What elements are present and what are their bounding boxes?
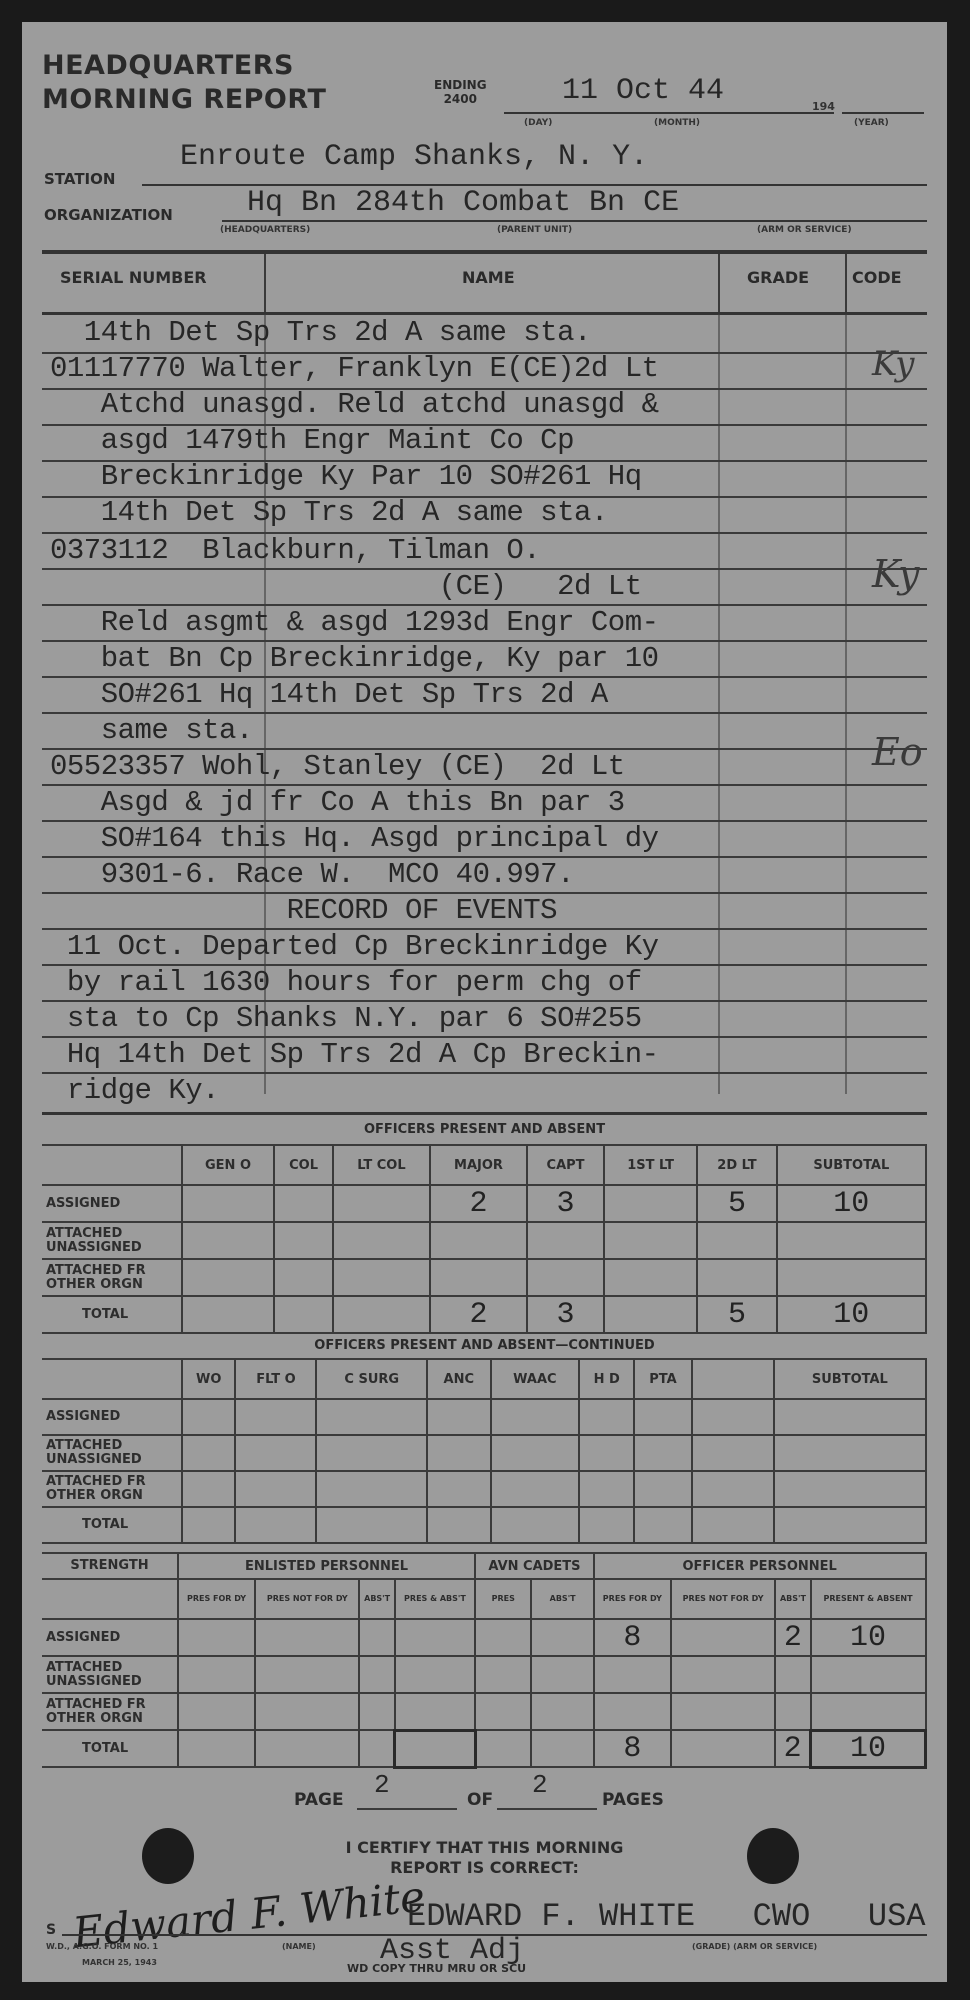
- cell: [671, 1730, 775, 1767]
- row-label-assigned: ASSIGNED: [42, 1619, 178, 1656]
- officers-section-title: OFFICERS PRESENT AND ABSENT: [42, 1122, 927, 1137]
- signature-prefix: S: [46, 1922, 56, 1938]
- officers-continued-table: WO FLT O C SURG ANC WAAC H D PTA SUBTOTA…: [42, 1358, 927, 1544]
- cell-subtotal-total: 10: [777, 1296, 926, 1333]
- entry-line: by rail 1630 hours for perm chg of: [50, 966, 642, 999]
- copy-note: WD COPY THRU MRU OR SCU: [347, 1962, 526, 1975]
- col-off-pres-for-dy: PRES FOR DY: [594, 1579, 671, 1619]
- cell: [604, 1185, 698, 1222]
- cell-off-pres-for-dy-assigned: 8: [594, 1619, 671, 1656]
- officers-table: GEN O COL LT COL MAJOR CAPT 1ST LT 2D LT…: [42, 1144, 927, 1334]
- col-header-code: CODE: [852, 268, 902, 287]
- col-wo: WO: [182, 1359, 235, 1399]
- entry-line: (CE) 2d Lt: [50, 570, 642, 603]
- form-date: MARCH 25, 1943: [82, 1958, 157, 1967]
- col-abst: ABS'T: [359, 1579, 394, 1619]
- code-wohl: Eo: [872, 730, 923, 774]
- ending-label: ENDING 2400: [434, 78, 487, 106]
- group-enlisted: ENLISTED PERSONNEL: [178, 1553, 475, 1579]
- entry-line: asgd 1479th Engr Maint Co Cp: [50, 424, 574, 457]
- row-label-attached-unassigned: ATTACHED UNASSIGNED: [42, 1435, 182, 1471]
- title-headquarters: HEADQUARTERS: [42, 50, 294, 81]
- cell-off-present-absent-total: 10: [811, 1730, 926, 1767]
- of-label: OF: [467, 1790, 493, 1810]
- ending-label-2: 2400: [434, 92, 487, 106]
- col-off-present-absent: PRESENT & ABSENT: [811, 1579, 926, 1619]
- col-lt-col: LT COL: [333, 1145, 430, 1185]
- col-flt-o: FLT O: [235, 1359, 316, 1399]
- col-blank: [692, 1359, 774, 1399]
- col-gen-o: GEN O: [182, 1145, 274, 1185]
- organization-label: ORGANIZATION: [44, 206, 173, 224]
- col-cadet-abst: ABS'T: [531, 1579, 593, 1619]
- officers-continued-title: OFFICERS PRESENT AND ABSENT—CONTINUED: [42, 1338, 927, 1353]
- cap-headquarters: (HEADQUARTERS): [220, 225, 310, 235]
- morning-report-document: HEADQUARTERS MORNING REPORT ENDING 2400 …: [22, 22, 947, 1982]
- col-pta: PTA: [634, 1359, 692, 1399]
- code-walter: Ky: [872, 344, 914, 384]
- entry-line: 9301-6. Race W. MCO 40.997.: [50, 858, 574, 891]
- cell-subtotal-assigned: 10: [777, 1185, 926, 1222]
- cap-grade-arm: (GRADE) (ARM OR SERVICE): [692, 1942, 817, 1951]
- cap-arm-service: (ARM OR SERVICE): [757, 225, 852, 235]
- col-col: COL: [274, 1145, 333, 1185]
- row-label-attached-other: ATTACHED FR OTHER ORGN: [42, 1693, 178, 1730]
- cell: [274, 1185, 333, 1222]
- col-off-abst: ABS'T: [775, 1579, 810, 1619]
- organization-value: Hq Bn 284th Combat Bn CE: [247, 186, 679, 220]
- cell: [274, 1296, 333, 1333]
- year-prefix: 194: [812, 100, 835, 113]
- col-1st-lt: 1ST LT: [604, 1145, 698, 1185]
- col-pres-not-for-dy: PRES NOT FOR DY: [255, 1579, 359, 1619]
- row-label-total: TOTAL: [42, 1730, 178, 1767]
- entry-line: Hq 14th Det Sp Trs 2d A Cp Breckin-: [50, 1038, 659, 1071]
- day-caption: (DAY): [524, 118, 552, 128]
- col-2d-lt: 2D LT: [697, 1145, 776, 1185]
- cell-major-assigned: 2: [430, 1185, 528, 1222]
- page-total: 2: [532, 1770, 548, 1800]
- col-subtotal: SUBTOTAL: [777, 1145, 926, 1185]
- entry-line: Reld asgmt & asgd 1293d Engr Com-: [50, 606, 659, 639]
- entry-line: same sta.: [50, 714, 253, 747]
- page-number: 2: [374, 1770, 390, 1800]
- cap-parent-unit: (PARENT UNIT): [497, 225, 572, 235]
- group-officer-personnel: OFFICER PERSONNEL: [594, 1553, 926, 1579]
- col-subtotal: SUBTOTAL: [774, 1359, 926, 1399]
- row-label-attached-other: ATTACHED FR OTHER ORGN: [42, 1471, 182, 1507]
- col-major: MAJOR: [430, 1145, 528, 1185]
- row-label-assigned: ASSIGNED: [42, 1185, 182, 1222]
- col-header-grade: GRADE: [747, 268, 809, 287]
- row-label-assigned: ASSIGNED: [42, 1399, 182, 1435]
- row-label-total: TOTAL: [42, 1296, 182, 1333]
- cell: [182, 1185, 274, 1222]
- entry-line: 14th Det Sp Trs 2d A same sta.: [50, 496, 608, 529]
- entry-line: sta to Cp Shanks N.Y. par 6 SO#255: [50, 1002, 642, 1035]
- code-blackburn: Ky: [872, 552, 919, 596]
- entry-line: SO#164 this Hq. Asgd principal dy: [50, 822, 659, 855]
- entry-line: SO#261 Hq 14th Det Sp Trs 2d A: [50, 678, 608, 711]
- entry-line: 0373112 Blackburn, Tilman O.: [50, 534, 540, 567]
- row-label-attached-unassigned: ATTACHED UNASSIGNED: [42, 1222, 182, 1259]
- col-cadet-pres: PRES: [475, 1579, 531, 1619]
- col-off-pres-not-for-dy: PRES NOT FOR DY: [671, 1579, 775, 1619]
- cell-off-abst-assigned: 2: [775, 1619, 810, 1656]
- col-header-serial: SERIAL NUMBER: [60, 268, 207, 287]
- report-date: 11 Oct 44: [562, 74, 724, 108]
- entry-line: 01117770 Walter, Franklyn E(CE)2d Lt: [50, 352, 659, 385]
- col-pres-for-dy: PRES FOR DY: [178, 1579, 255, 1619]
- cell: [671, 1619, 775, 1656]
- cell-major-total: 2: [430, 1296, 528, 1333]
- strength-label: STRENGTH: [42, 1553, 178, 1579]
- entry-line: 14th Det Sp Trs 2d A same sta.: [50, 316, 591, 349]
- row-label-attached-unassigned: ATTACHED UNASSIGNED: [42, 1656, 178, 1693]
- page-label: PAGE: [294, 1790, 344, 1810]
- cell-off-pres-for-dy-total: 8: [594, 1730, 671, 1767]
- row-label-attached-other: ATTACHED FR OTHER ORGN: [42, 1259, 182, 1296]
- title-morning-report: MORNING REPORT: [42, 84, 326, 115]
- entry-line: Atchd unasgd. Reld atchd unasgd &: [50, 388, 659, 421]
- month-caption: (MONTH): [654, 118, 700, 128]
- cell-off-present-absent-assigned: 10: [811, 1619, 926, 1656]
- col-c-surg: C SURG: [316, 1359, 427, 1399]
- row-label-total: TOTAL: [42, 1507, 182, 1543]
- col-capt: CAPT: [527, 1145, 604, 1185]
- year-caption: (YEAR): [854, 118, 889, 128]
- cell: [333, 1185, 430, 1222]
- cell-2d-lt-assigned: 5: [697, 1185, 776, 1222]
- col-header-name: NAME: [462, 268, 515, 287]
- form-id: W.D., A.G.O. FORM NO. 1: [46, 1942, 158, 1951]
- ending-label-1: ENDING: [434, 78, 487, 92]
- entry-line: 11 Oct. Departed Cp Breckinridge Ky: [50, 930, 659, 963]
- cell: [182, 1296, 274, 1333]
- entry-line: ridge Ky.: [50, 1074, 219, 1107]
- col-pres-abst: PRES & ABS'T: [395, 1579, 475, 1619]
- cell-2d-lt-total: 5: [697, 1296, 776, 1333]
- strength-table: STRENGTH ENLISTED PERSONNEL AVN CADETS O…: [42, 1552, 927, 1769]
- punch-hole-right: [747, 1828, 799, 1884]
- cell: [333, 1296, 430, 1333]
- cap-name: (NAME): [282, 1942, 316, 1951]
- entry-line: Breckinridge Ky Par 10 SO#261 Hq: [50, 460, 642, 493]
- entry-line: bat Bn Cp Breckinridge, Ky par 10: [50, 642, 659, 675]
- punch-hole-left: [142, 1828, 194, 1884]
- col-waac: WAAC: [491, 1359, 580, 1399]
- group-avn-cadets: AVN CADETS: [475, 1553, 594, 1579]
- signer-name-grade: EDWARD F. WHITE CWO USA: [407, 1898, 925, 1935]
- station-label: STATION: [44, 170, 115, 188]
- pages-label: PAGES: [602, 1790, 664, 1810]
- cell: [604, 1296, 698, 1333]
- col-anc: ANC: [427, 1359, 490, 1399]
- entry-line: 05523357 Wohl, Stanley (CE) 2d Lt: [50, 750, 625, 783]
- col-h-d: H D: [579, 1359, 634, 1399]
- cell-off-abst-total: 2: [775, 1730, 810, 1767]
- station-value: Enroute Camp Shanks, N. Y.: [180, 140, 648, 174]
- cell-capt-total: 3: [527, 1296, 604, 1333]
- entry-line: Asgd & jd fr Co A this Bn par 3: [50, 786, 625, 819]
- cell-capt-assigned: 3: [527, 1185, 604, 1222]
- record-of-events-heading: RECORD OF EVENTS: [50, 894, 557, 927]
